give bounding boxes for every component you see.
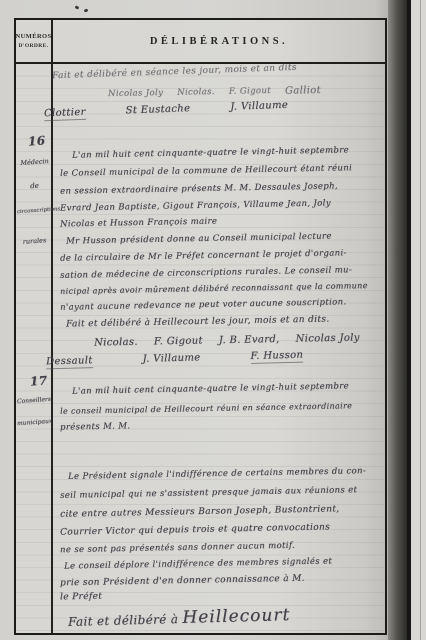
- entry-margin-note: Médecin: [18, 158, 51, 167]
- entry-margin-note: circonscriptions: [17, 208, 50, 216]
- order-header-line1: NUMÉROS: [15, 33, 51, 40]
- deliberation-line: Le Président signale l'indifférence de c…: [68, 466, 366, 482]
- entry-signature-row: Nicolas. F. Gigout J. B. Evard, Nicolas …: [94, 332, 360, 348]
- prev-entry-signature-row: Nicolas Joly Nicolas. F. Gigout Galliot: [108, 85, 321, 100]
- entry-closing-line: Fait et délibéré à Heillecourt: [68, 605, 291, 631]
- deliberation-line: L'an mil huit cent cinquante-quatre le v…: [72, 145, 349, 160]
- signature: Nicolas.: [177, 87, 215, 99]
- page-title: DÉLIBÉRATIONS.: [150, 36, 288, 47]
- signature: Clottier: [44, 107, 86, 121]
- deliberation-line: prie son Président d'en donner connaissa…: [60, 574, 305, 589]
- deliberation-line: présents M. M.: [60, 421, 130, 432]
- deliberation-line: L'an mil huit cent cinquante-quatre le v…: [72, 381, 349, 396]
- scanned-register-page: NUMÉROS D'ORDRE. DÉLIBÉRATIONS. Fait et …: [0, 0, 426, 640]
- signature: Nicolas Joly: [295, 332, 359, 344]
- deliberation-line: Courrier Victor qui depuis trois et quat…: [60, 522, 330, 537]
- signature: Dessault: [46, 355, 93, 369]
- signature: F. Gigout: [229, 86, 271, 98]
- deliberation-line: ne se sont pas présentés sans donner auc…: [60, 541, 295, 556]
- deliberation-line: nicipal après avoir mûrement délibéré re…: [60, 281, 368, 296]
- deliberation-line: n'ayant aucune redevance ne peut voter a…: [60, 297, 347, 312]
- deliberation-line: le conseil municipal de Heillecourt réun…: [60, 401, 352, 416]
- entry-margin-note: rurales: [18, 237, 51, 246]
- signature: J. Villaume: [230, 100, 288, 115]
- deliberation-line: sation de médecine de circonscriptions r…: [60, 265, 352, 281]
- column-divider: [51, 64, 53, 633]
- signature: St Eustache: [125, 103, 190, 118]
- deliberation-line: Nicolas et Husson François maire: [60, 216, 217, 229]
- next-page-edge: [407, 0, 426, 640]
- entry-margin-note: de: [18, 182, 51, 191]
- deliberation-line: seil municipal qui ne s'assistent presqu…: [60, 485, 357, 501]
- register-table-frame: NUMÉROS D'ORDRE. DÉLIBÉRATIONS. Fait et …: [14, 18, 387, 635]
- deliberation-line: Le conseil déplore l'indifférence des me…: [64, 556, 332, 571]
- deliberation-line: le Préfet: [60, 592, 102, 603]
- entry-number: 16: [28, 133, 46, 148]
- signature: Nicolas.: [94, 337, 138, 349]
- signature: Nicolas Joly: [108, 88, 163, 100]
- closing-place: Heillecourt: [182, 605, 290, 628]
- signature: J. B. Evard,: [219, 334, 280, 346]
- entry-margin-note: municipaux: [17, 419, 50, 427]
- deliberation-line: Evrard Jean Baptiste, Gigout François, V…: [60, 198, 331, 213]
- entry-number: 17: [30, 373, 48, 388]
- signature: J. Villaume: [142, 352, 200, 367]
- deliberation-line: cite entre autres Messieurs Barson Josep…: [60, 504, 340, 519]
- deliberation-line: Mr Husson président donne au Conseil mun…: [66, 231, 332, 246]
- order-number-column-header: NUMÉROS D'ORDRE.: [16, 20, 53, 62]
- table-header-row: NUMÉROS D'ORDRE. DÉLIBÉRATIONS.: [16, 20, 385, 64]
- entry-signature-row: Dessault J. Villaume F. Husson: [46, 350, 304, 370]
- signature: F. Husson: [250, 350, 303, 364]
- prev-entry-closing-line: Fait et délibéré en séance les jour, moi…: [52, 63, 297, 82]
- prev-entry-signature-row: Clottier St Eustache J. Villaume: [44, 100, 289, 122]
- book-gutter-shadow: [388, 0, 407, 640]
- signature: F. Gigout: [154, 335, 203, 347]
- deliberation-line: de la circulaire de Mr le Préfet concern…: [60, 248, 347, 264]
- deliberation-line: le Conseil municipal de la commune de He…: [60, 163, 352, 179]
- signature: Galliot: [285, 85, 321, 97]
- deliberation-line: en session extraordinaire présents M. M.…: [60, 181, 338, 196]
- deliberation-line: Fait et délibéré à Heillecourt les jour,…: [66, 314, 330, 329]
- entry-margin-note: Conseillers: [17, 397, 50, 405]
- deliberations-column-header: DÉLIBÉRATIONS.: [53, 20, 385, 62]
- next-page-rule: [420, 0, 421, 640]
- order-header-line2: D'ORDRE.: [19, 43, 49, 49]
- closing-prefix: Fait et délibéré à: [68, 612, 179, 629]
